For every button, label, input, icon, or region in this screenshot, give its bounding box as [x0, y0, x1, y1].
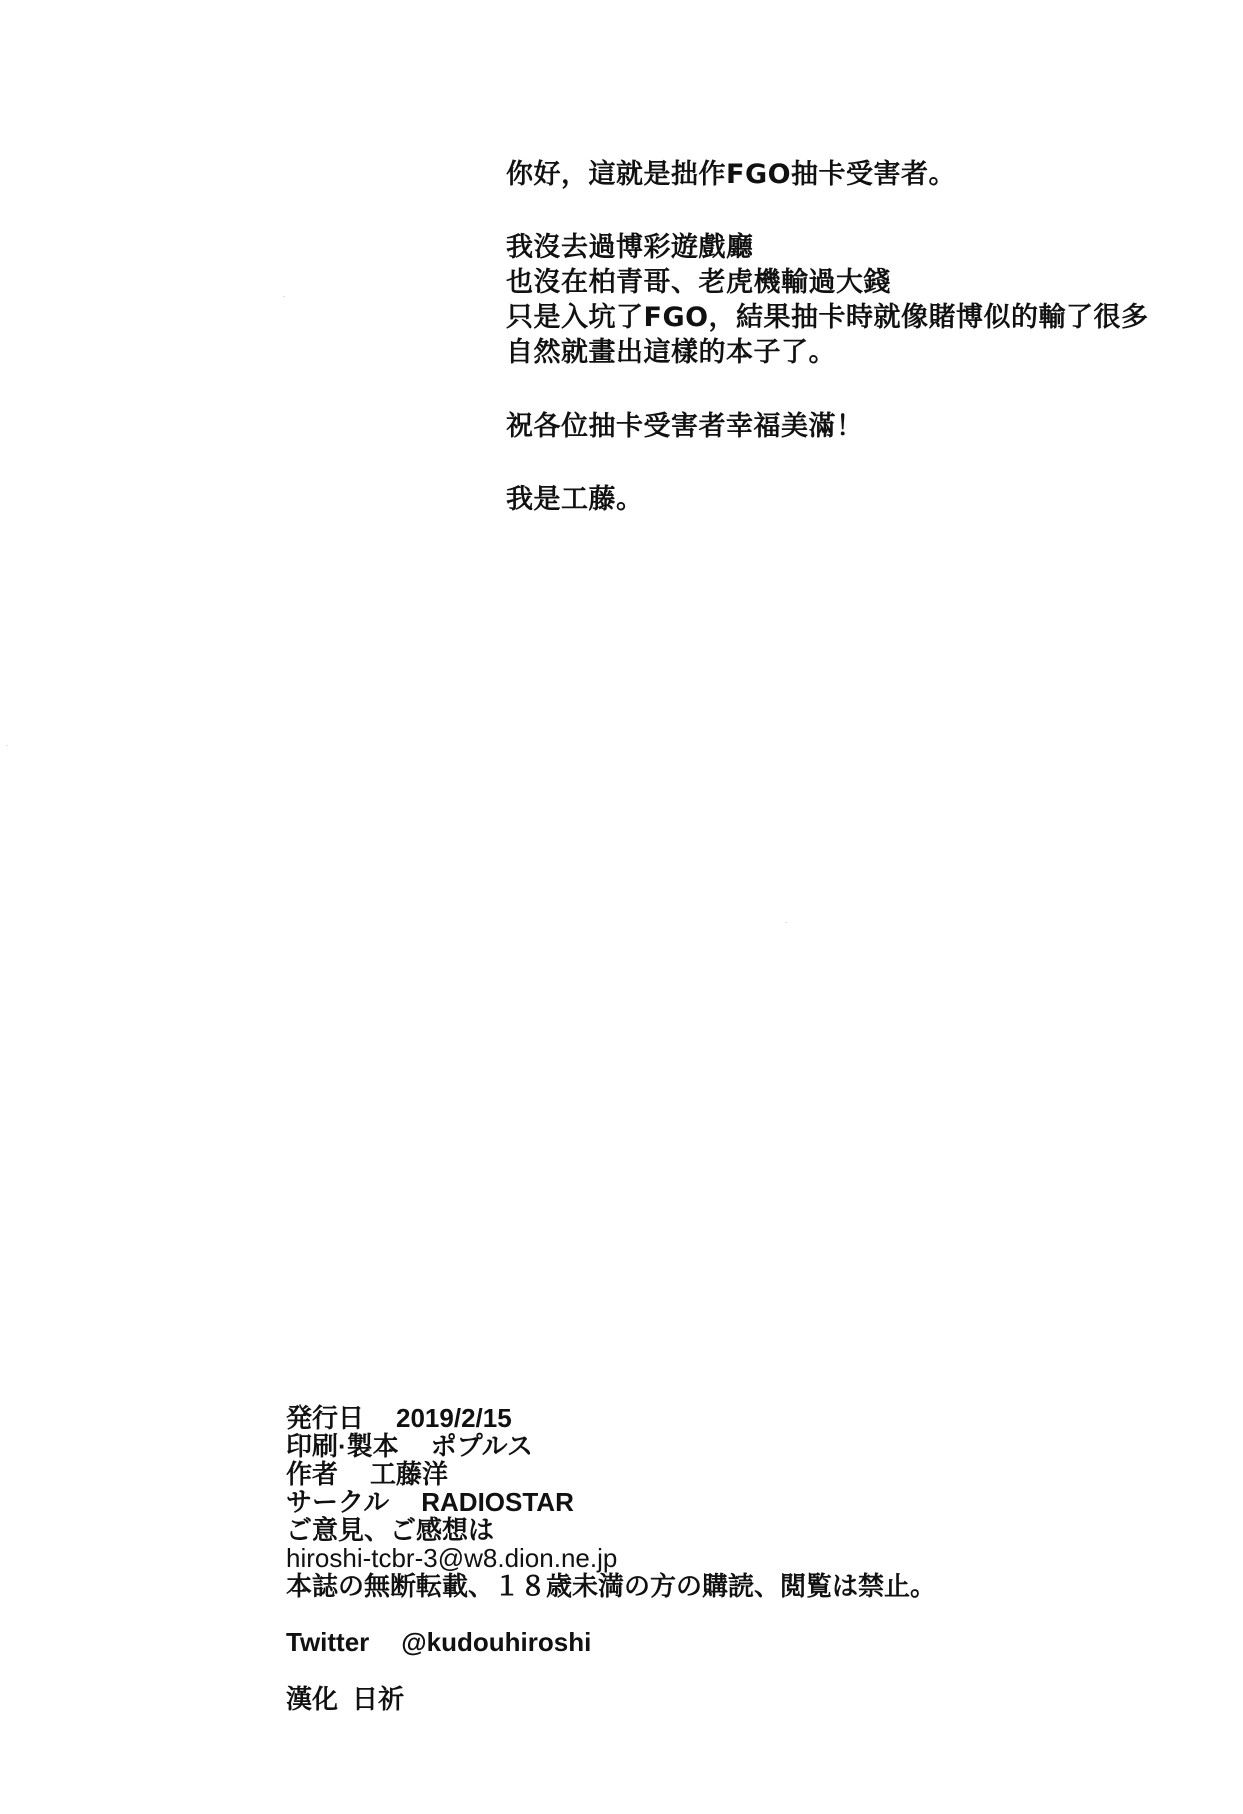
twitter-label: Twitter: [286, 1627, 369, 1657]
author-row: 作者工藤洋: [286, 1460, 448, 1488]
afterword-line: 自然就畫出這樣的本子了。: [506, 338, 836, 368]
contact-email: hiroshi-tcbr-3@w8.dion.ne.jp: [286, 1544, 617, 1572]
afterword-line: 也沒在柏青哥、老虎機輸過大錢: [506, 268, 891, 298]
publish-date-value: 2019/2/15: [396, 1403, 512, 1433]
publish-date-row: 発行日2019/2/15: [286, 1404, 512, 1432]
circle-label: サークル: [286, 1487, 389, 1517]
printing-label: 印刷·製本: [286, 1431, 399, 1461]
publish-date-label: 発行日: [286, 1403, 364, 1433]
twitter-row: Twitter@kudouhiroshi: [286, 1628, 591, 1656]
circle-row: サークルRADIOSTAR: [286, 1488, 574, 1516]
scan-speck: [283, 296, 285, 297]
afterword-signature: 我是工藤。: [506, 485, 644, 515]
afterword-line: 只是入坑了FGO，結果抽卡時就像賭博似的輸了很多: [506, 303, 1149, 333]
afterword-greeting: 你好，這就是拙作FGO抽卡受害者。: [506, 160, 956, 190]
author-value: 工藤洋: [370, 1459, 448, 1489]
printing-value: ポプルス: [431, 1431, 533, 1461]
afterword-line: 我沒去過博彩遊戲廳: [506, 233, 754, 263]
document-page: 你好，這就是拙作FGO抽卡受害者。 我沒去過博彩遊戲廳 也沒在柏青哥、老虎機輸過…: [0, 0, 1243, 1814]
afterword-wish: 祝各位抽卡受害者幸福美滿！: [506, 412, 864, 442]
translation-credit-row: 漢化日祈: [286, 1685, 404, 1713]
translation-label: 漢化: [286, 1684, 338, 1714]
author-label: 作者: [286, 1459, 338, 1489]
twitter-handle: @kudouhiroshi: [401, 1627, 591, 1657]
translation-value: 日祈: [352, 1684, 404, 1714]
scan-speck: [6, 745, 8, 746]
printing-row: 印刷·製本ポプルス: [286, 1432, 533, 1460]
feedback-label: ご意見、ご感想は: [286, 1516, 494, 1544]
scan-speck: [785, 922, 787, 923]
reproduction-notice: 本誌の無断転載、１８歳未満の方の購読、閲覧は禁止。: [286, 1572, 936, 1600]
circle-value: RADIOSTAR: [421, 1487, 574, 1517]
